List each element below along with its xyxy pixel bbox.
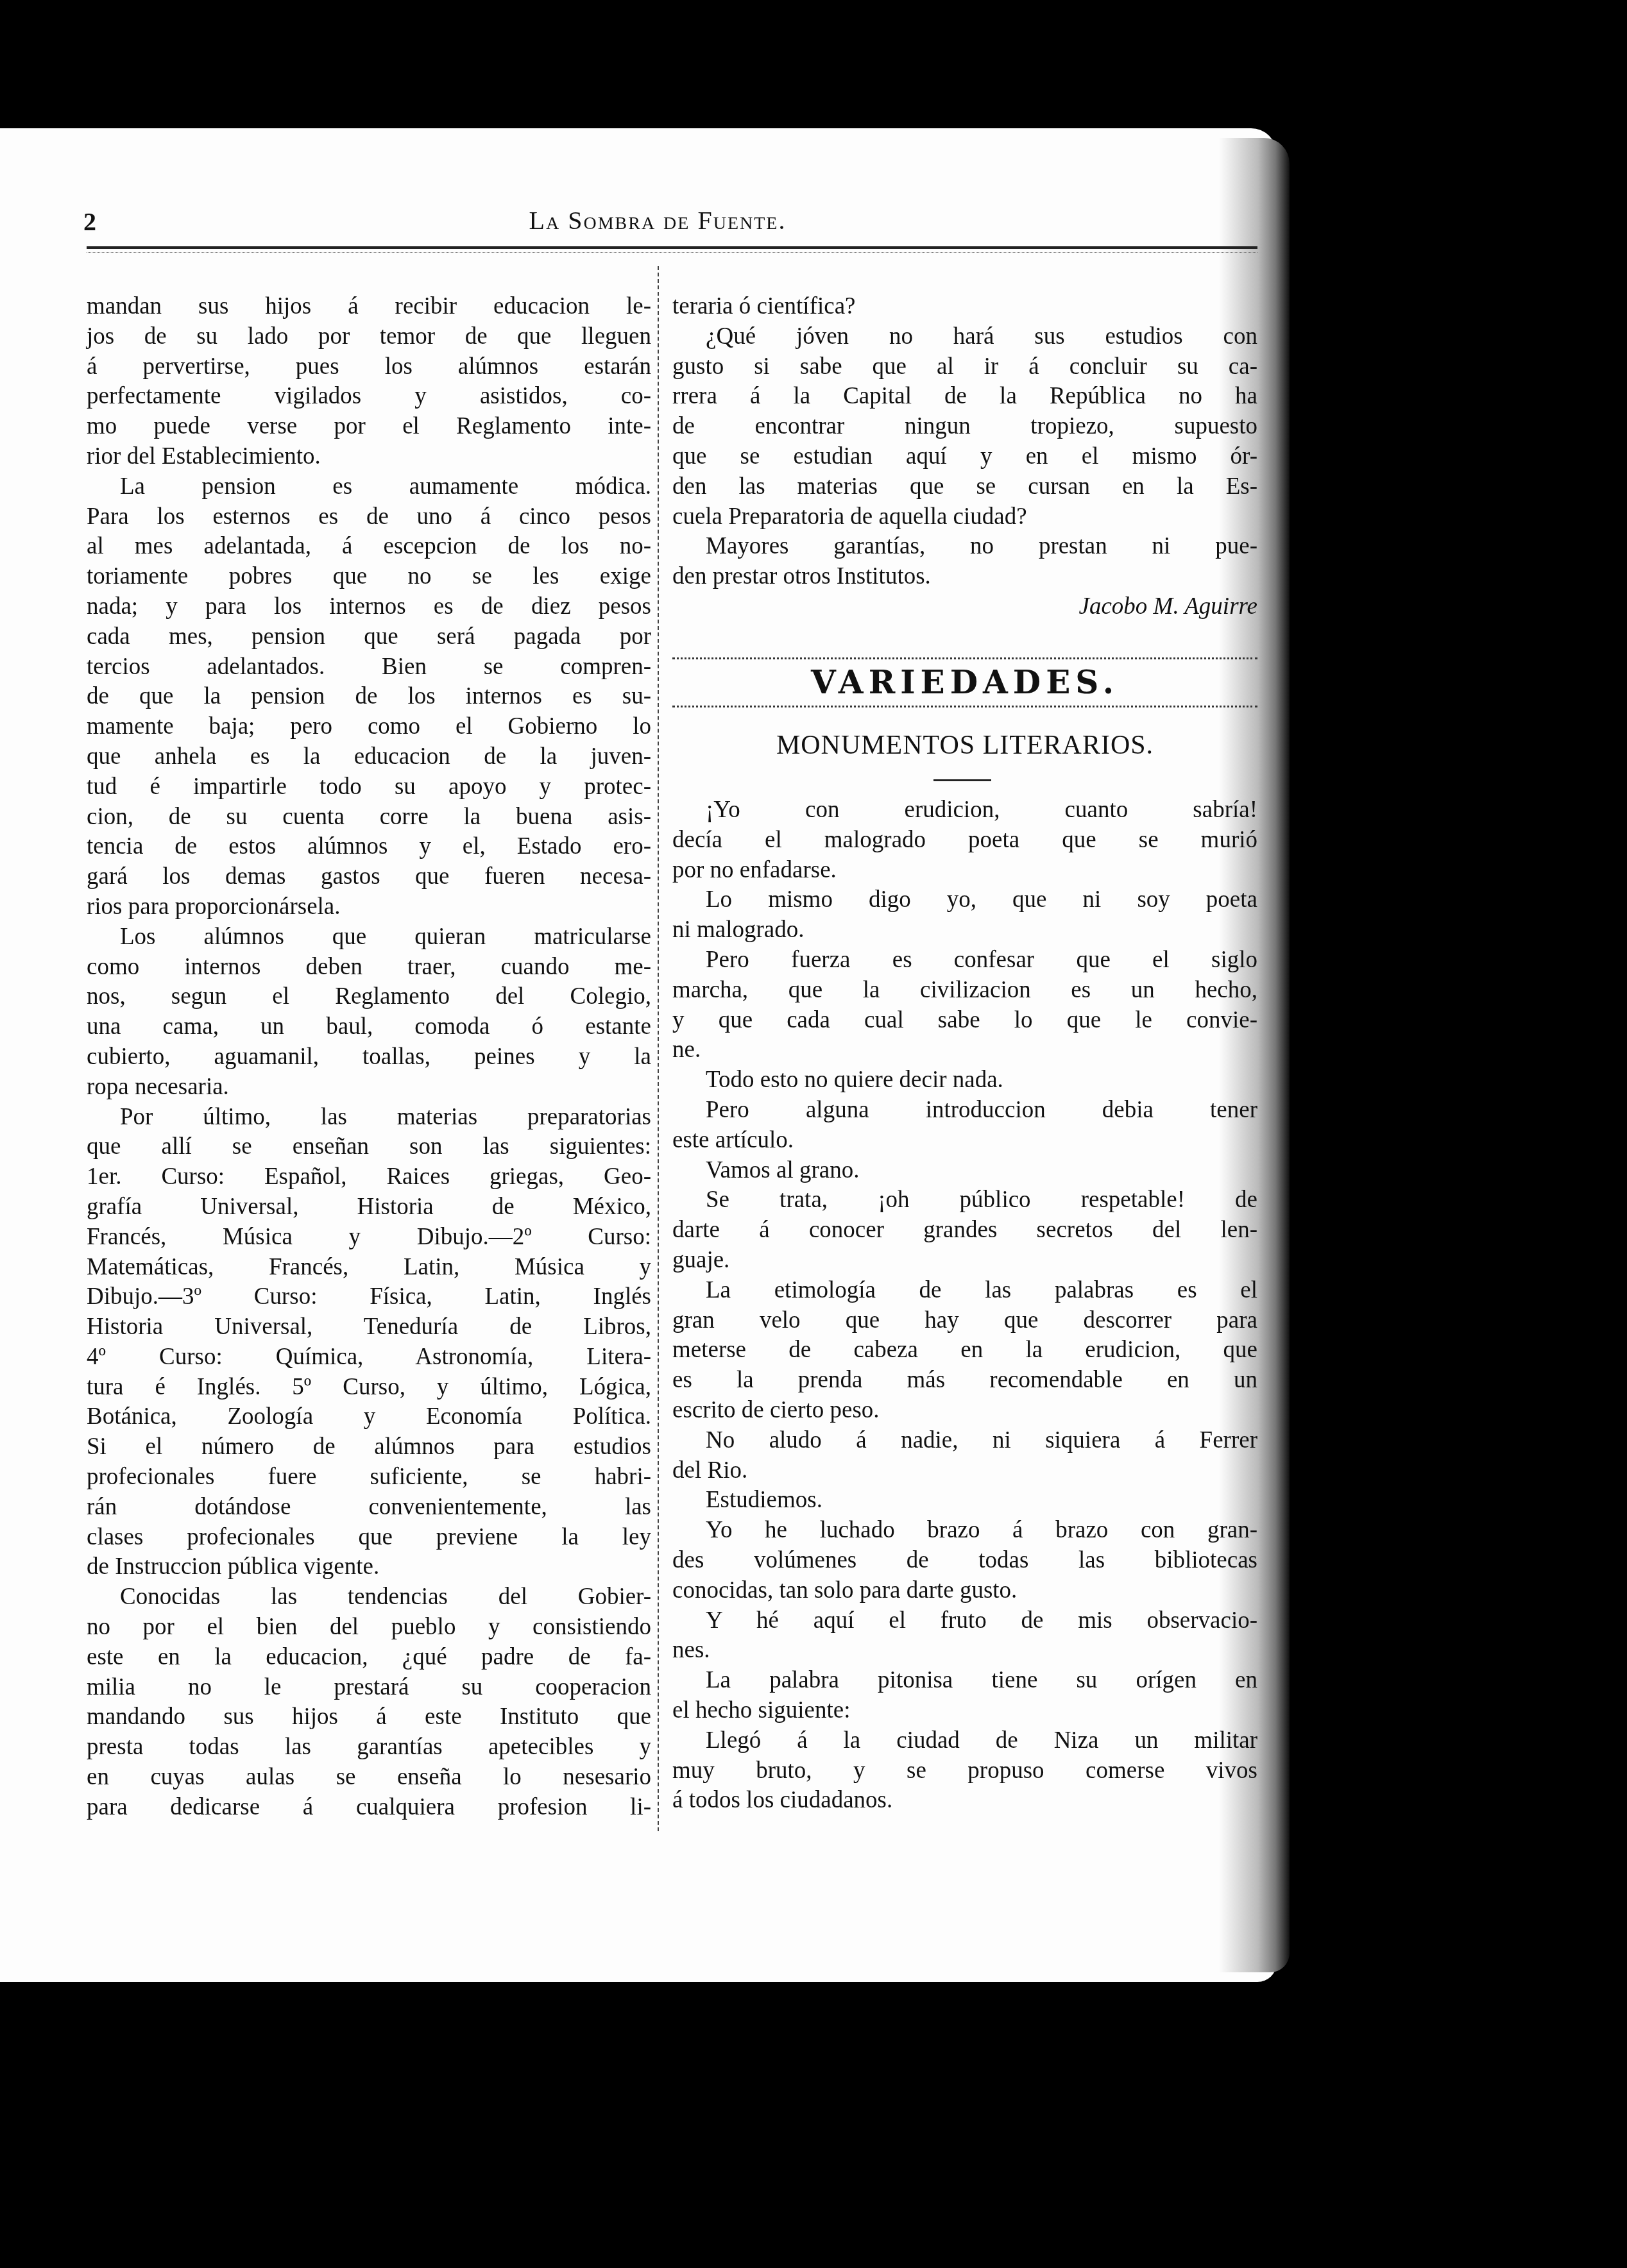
- article-title-rule: [933, 779, 991, 781]
- column-divider: [658, 266, 659, 1831]
- text-line: á pervertirse, pues los alúmnos estarán: [87, 352, 651, 382]
- text-line: perfectamente vigilados y asistidos, co-: [87, 382, 651, 412]
- article-title: MONUMENTOS LITERARIOS.: [672, 730, 1257, 761]
- text-line: como internos deben traer, cuando me-: [87, 952, 651, 983]
- section-rule-top: [672, 657, 1257, 659]
- text-line: cubierto, aguamanil, toallas, peines y l…: [87, 1042, 651, 1072]
- text-line: mandan sus hijos á recibir educacion le-: [87, 292, 651, 322]
- text-line: gran velo que hay que descorrer para: [672, 1306, 1257, 1336]
- text-line: el hecho siguiente:: [672, 1696, 1257, 1726]
- text-line: ¿Qué jóven no hará sus estudios con: [672, 322, 1257, 352]
- text-line: tura é Inglés. 5º Curso, y último, Lógic…: [87, 1373, 651, 1403]
- text-line: ne.: [672, 1035, 1257, 1065]
- text-line: darte á conocer grandes secretos del len…: [672, 1215, 1257, 1246]
- text-line: este artículo.: [672, 1126, 1257, 1156]
- article-body: ¡Yo con erudicion, cuanto sabría!decía e…: [672, 795, 1257, 1816]
- text-line: gusto si sabe que al ir á concluir su ca…: [672, 352, 1257, 382]
- text-line: no por el bien del pueblo y consistiendo: [87, 1612, 651, 1643]
- text-line: mo puede verse por el Reglamento inte-: [87, 412, 651, 442]
- text-line: Francés, Música y Dibujo.—2º Curso:: [87, 1223, 651, 1253]
- text-line: nes.: [672, 1636, 1257, 1666]
- left-column: mandan sus hijos á recibir educacion le-…: [87, 292, 651, 1823]
- text-line: rán dotándose convenientemente, las: [87, 1493, 651, 1523]
- text-line: que se estudian aquí y en el mismo ór-: [672, 442, 1257, 472]
- text-line: que anhela es la educacion de la juven-: [87, 742, 651, 772]
- text-line: cada mes, pension que será pagada por: [87, 622, 651, 652]
- text-line: una cama, un baul, comoda ó estante: [87, 1012, 651, 1042]
- text-line: para dedicarse á cualquiera profesion li…: [87, 1793, 651, 1823]
- text-line: La palabra pitonisa tiene su orígen en: [672, 1666, 1257, 1696]
- page-header: 2 La Sombra de Fuente.: [83, 204, 1232, 242]
- text-line: ¡Yo con erudicion, cuanto sabría!: [672, 795, 1257, 825]
- text-line: Botánica, Zoología y Economía Política.: [87, 1402, 651, 1432]
- text-line: nos, segun el Reglamento del Colegio,: [87, 982, 651, 1012]
- text-line: meterse de cabeza en la erudicion, que: [672, 1335, 1257, 1366]
- text-line: gará los demas gastos que fueren necesa-: [87, 862, 651, 892]
- header-rule-dotted: [87, 252, 1257, 253]
- text-line: y que cada cual sabe lo que le convie-: [672, 1006, 1257, 1036]
- text-line: tencia de estos alúmnos y el, Estado ero…: [87, 832, 651, 862]
- text-line: Matemáticas, Francés, Latin, Música y: [87, 1253, 651, 1283]
- text-line: que allí se enseñan son las siguientes:: [87, 1132, 651, 1162]
- text-line: Todo esto no quiere decir nada.: [672, 1065, 1257, 1096]
- text-line: de que la pension de los internos es su-: [87, 682, 651, 712]
- text-line: guaje.: [672, 1246, 1257, 1276]
- text-line: Los alúmnos que quieran matricularse: [87, 922, 651, 952]
- text-line: ni malogrado.: [672, 915, 1257, 945]
- text-line: á todos los ciudadanos.: [672, 1786, 1257, 1816]
- header-rule: [87, 246, 1257, 249]
- text-line: jos de su lado por temor de que lleguen: [87, 322, 651, 352]
- text-line: La etimología de las palabras es el: [672, 1276, 1257, 1306]
- text-line: Pero fuerza es confesar que el siglo: [672, 945, 1257, 976]
- text-line: de Instruccion pública vigente.: [87, 1552, 651, 1582]
- text-line: conocidas, tan solo para darte gusto.: [672, 1576, 1257, 1606]
- text-line: por no enfadarse.: [672, 856, 1257, 886]
- text-line: 4º Curso: Química, Astronomía, Litera-: [87, 1342, 651, 1373]
- text-line: Yo he luchado brazo á brazo con gran-: [672, 1516, 1257, 1546]
- signature: Jacobo M. Aguirre: [672, 592, 1328, 622]
- text-line: rios para proporcionársela.: [87, 892, 651, 922]
- text-line: No aludo á nadie, ni siquiera á Ferrer: [672, 1426, 1257, 1456]
- text-line: profecionales fuere suficiente, se habri…: [87, 1462, 651, 1493]
- text-line: Llegó á la ciudad de Niza un militar: [672, 1726, 1257, 1756]
- text-line: cuela Preparatoria de aquella ciudad?: [672, 502, 1257, 532]
- text-line: al mes adelantada, á escepcion de los no…: [87, 532, 651, 562]
- right-column-article-end: teraria ó científica?¿Qué jóven no hará …: [672, 292, 1257, 592]
- text-line: ropa necesaria.: [87, 1072, 651, 1103]
- section-title: VARIEDADES.: [672, 663, 1257, 701]
- text-line: Estudiemos.: [672, 1485, 1257, 1516]
- text-line: grafía Universal, Historia de México,: [87, 1192, 651, 1223]
- text-line: es la prenda más recomendable en un: [672, 1366, 1257, 1396]
- text-line: rrera á la Capital de la República no ha: [672, 382, 1257, 412]
- text-line: muy bruto, y se propuso comerse vivos: [672, 1756, 1257, 1786]
- text-line: clases profecionales que previene la ley: [87, 1523, 651, 1553]
- text-line: Mayores garantías, no prestan ni pue-: [672, 532, 1257, 562]
- text-line: 1er. Curso: Español, Raices griegas, Geo…: [87, 1162, 651, 1192]
- section-rule-bottom: [672, 706, 1257, 707]
- text-line: milia no le prestará su cooperacion: [87, 1673, 651, 1703]
- text-line: este en la educacion, ¿qué padre de fa-: [87, 1643, 651, 1673]
- text-line: del Rio.: [672, 1456, 1257, 1486]
- text-line: den las materias que se cursan en la Es-: [672, 472, 1257, 502]
- text-line: presta todas las garantías apetecibles y: [87, 1732, 651, 1763]
- text-line: La pension es aumamente módica.: [87, 472, 651, 502]
- text-line: toriamente pobres que no se les exige: [87, 562, 651, 592]
- text-line: Historia Universal, Teneduría de Libros,: [87, 1312, 651, 1342]
- text-line: mamente baja; pero como el Gobierno lo: [87, 712, 651, 742]
- text-line: Lo mismo digo yo, que ni soy poeta: [672, 885, 1257, 915]
- text-line: en cuyas aulas se enseña lo nesesario: [87, 1763, 651, 1793]
- text-line: Se trata, ¡oh público respetable! de: [672, 1185, 1257, 1215]
- text-line: tud é impartirle todo su apoyo y protec-: [87, 772, 651, 802]
- text-line: tercios adelantados. Bien se compren-: [87, 652, 651, 682]
- text-line: escrito de cierto peso.: [672, 1396, 1257, 1426]
- text-line: den prestar otros Institutos.: [672, 562, 1257, 592]
- text-line: nada; y para los internos es de diez pes…: [87, 592, 651, 622]
- text-line: Vamos al grano.: [672, 1156, 1257, 1186]
- text-line: marcha, que la civilizacion es un hecho,: [672, 976, 1257, 1006]
- text-line: Y hé aquí el fruto de mis observacio-: [672, 1606, 1257, 1636]
- text-line: teraria ó científica?: [672, 292, 1257, 322]
- text-line: Para los esternos es de uno á cinco peso…: [87, 502, 651, 532]
- text-line: des volúmenes de todas las bibliotecas: [672, 1546, 1257, 1576]
- text-line: de encontrar ningun tropiezo, supuesto: [672, 412, 1257, 442]
- text-line: Si el número de alúmnos para estudios: [87, 1432, 651, 1462]
- running-title: La Sombra de Fuente.: [83, 205, 1232, 235]
- text-line: Por último, las materias preparatorias: [87, 1103, 651, 1133]
- text-line: mandando sus hijos á este Instituto que: [87, 1702, 651, 1732]
- text-line: Pero alguna introduccion debia tener: [672, 1096, 1257, 1126]
- text-line: Conocidas las tendencias del Gobier-: [87, 1582, 651, 1612]
- text-line: rior del Establecimiento.: [87, 442, 651, 472]
- text-line: Dibujo.—3º Curso: Física, Latin, Inglés: [87, 1282, 651, 1312]
- text-line: decía el malogrado poeta que se murió: [672, 825, 1257, 856]
- text-line: cion, de su cuenta corre la buena asis-: [87, 802, 651, 833]
